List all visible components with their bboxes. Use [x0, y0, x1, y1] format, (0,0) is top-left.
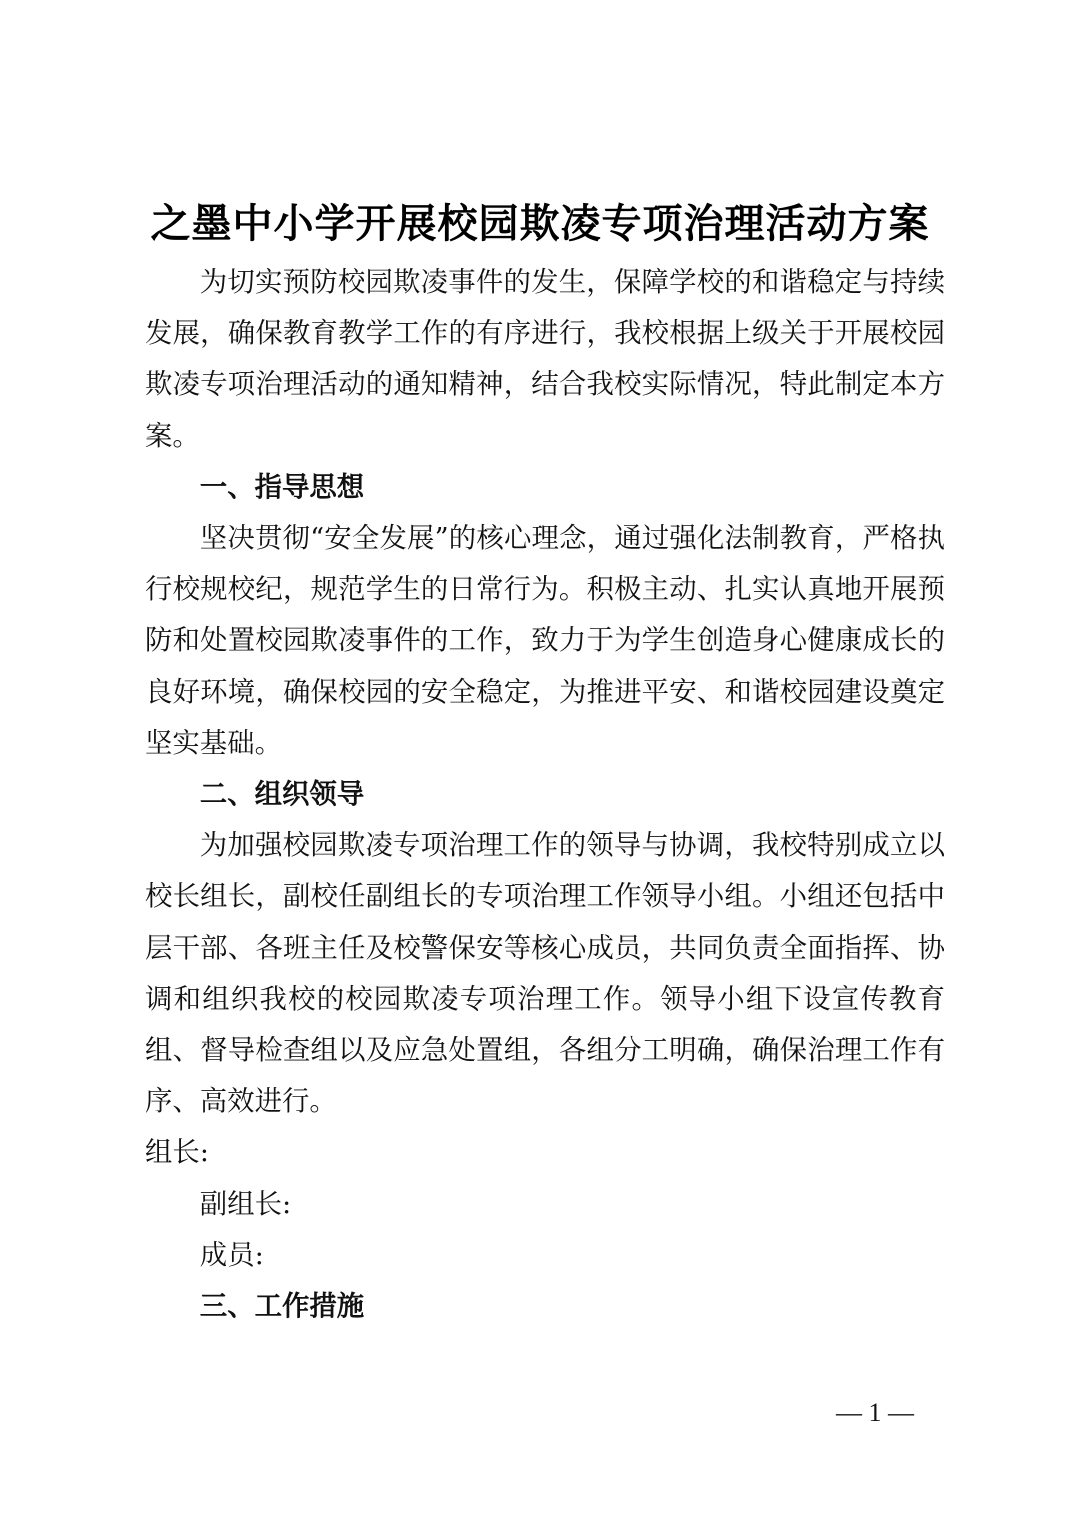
section-heading-measures: 三、工作措施: [145, 1281, 945, 1332]
document-title: 之墨中小学开展校园欺凌专项治理活动方案: [0, 196, 1080, 252]
document-page: 之墨中小学开展校园欺凌专项治理活动方案 为切实预防校园欺凌事件的发生，保障学校的…: [0, 0, 1080, 1527]
page-number: — 1 —: [815, 1398, 935, 1428]
section-paragraph-organization: 为加强校园欺凌专项治理工作的领导与协调，我校特别成立以校长组长，副校任副组长的专…: [145, 820, 945, 1127]
role-members: 成员:: [145, 1230, 945, 1281]
section-heading-guiding-ideology: 一、指导思想: [145, 462, 945, 513]
document-body: 为切实预防校园欺凌事件的发生，保障学校的和谐稳定与持续发展，确保教育教学工作的有…: [145, 257, 945, 1332]
section-paragraph-guiding-ideology: 坚决贯彻“安全发展”的核心理念，通过强化法制教育，严格执行校规校纪，规范学生的日…: [145, 513, 945, 769]
role-leader: 组长:: [145, 1127, 945, 1178]
section-heading-organization: 二、组织领导: [145, 769, 945, 820]
intro-paragraph: 为切实预防校园欺凌事件的发生，保障学校的和谐稳定与持续发展，确保教育教学工作的有…: [145, 257, 945, 462]
role-deputy: 副组长:: [145, 1179, 945, 1230]
